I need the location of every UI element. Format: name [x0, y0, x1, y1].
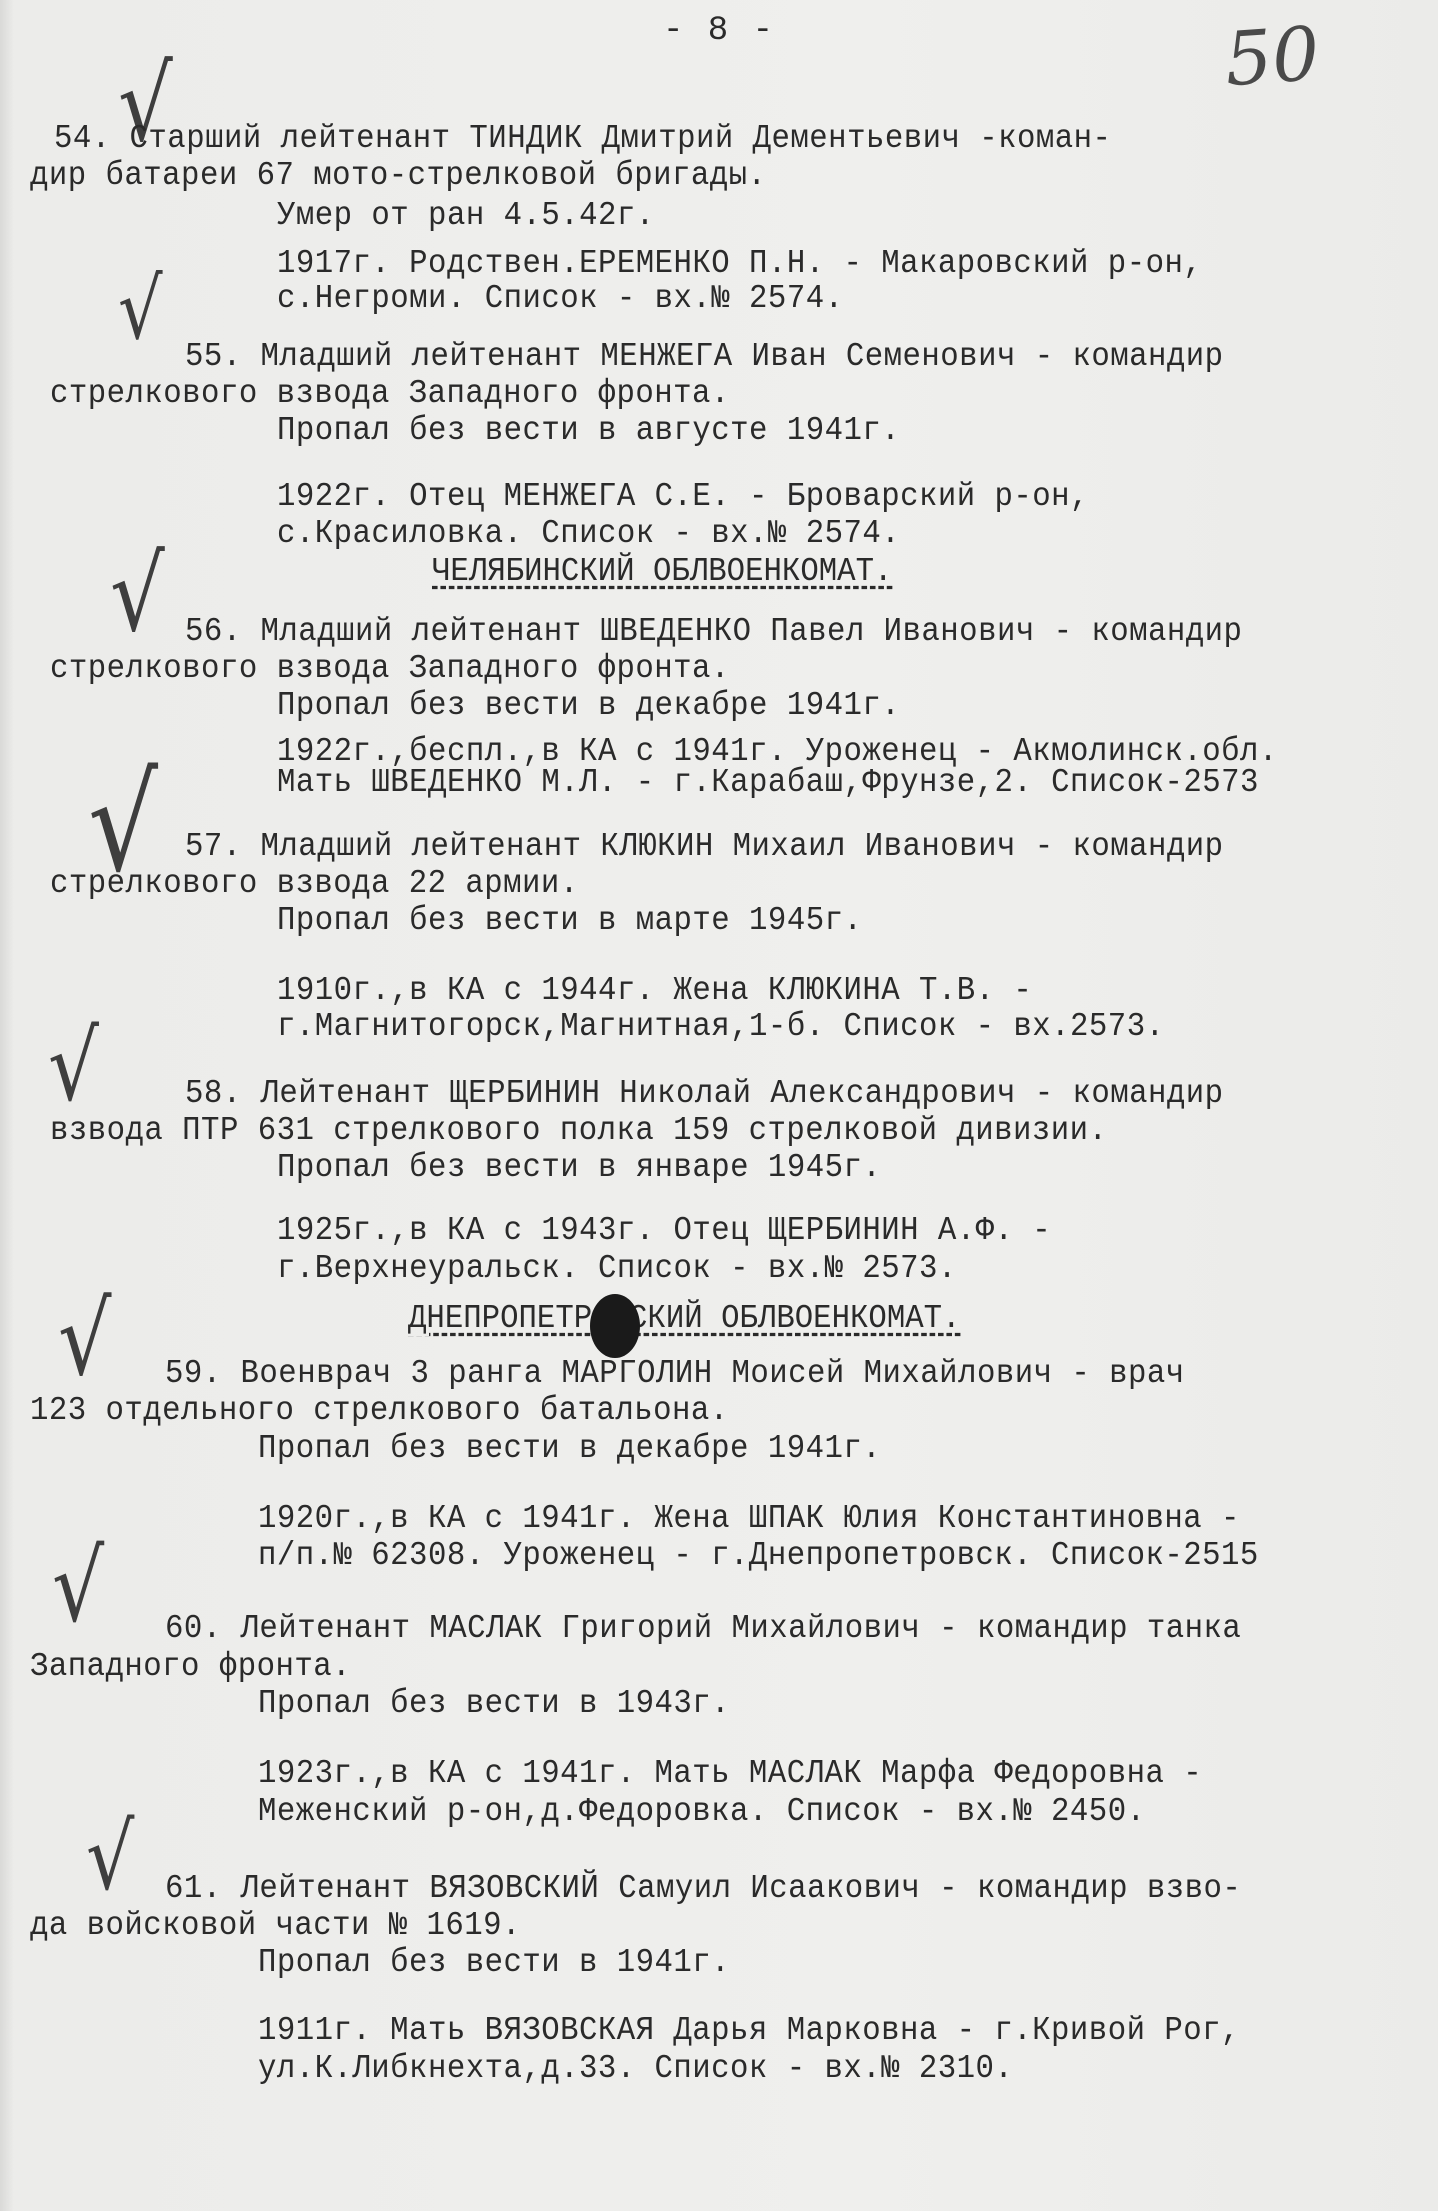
entry-54-line-1: 54. Старший лейтенант ТИНДИК Дмитрий Дем… [54, 120, 1111, 157]
entry-56-line-1: 56. Младший лейтенант ШВЕДЕНКО Павел Ива… [185, 613, 1242, 650]
entry-57-line-2: стрелкового взвода 22 армии. [50, 865, 579, 902]
entry-59-line-2: 123 отдельного стрелкового батальона. [30, 1392, 729, 1429]
check-mark-icon: √ [86, 1803, 134, 1910]
entry-58-line-4: 1925г.,в КА с 1943г. Отец ЩЕРБИНИН А.Ф. … [277, 1212, 1051, 1249]
entry-56-line-2: стрелкового взвода Западного фронта. [50, 650, 730, 687]
entry-58-line-1: 58. Лейтенант ЩЕРБИНИН Николай Александр… [185, 1075, 1224, 1112]
entry-55-line-1: 55. Младший лейтенант МЕНЖЕГА Иван Семен… [185, 338, 1224, 375]
entry-55-line-2: стрелкового взвода Западного фронта. [50, 375, 730, 412]
entry-55-line-4: 1922г. Отец МЕНЖЕГА С.Е. - Броварский р-… [277, 478, 1089, 515]
section-heading-dnepropetrovsk: ДНЕПРОПЕТРОВСКИЙ ОБЛВОЕНКОМАТ. [408, 1300, 961, 1337]
section-heading-chelyabinsk: ЧЕЛЯБИНСКИЙ ОБЛВОЕНКОМАТ. [432, 553, 892, 590]
entry-59-line-4: 1920г.,в КА с 1941г. Жена ШПАК Юлия Конс… [258, 1500, 1240, 1537]
entry-60-line-4: 1923г.,в КА с 1941г. Мать МАСЛАК Марфа Ф… [258, 1755, 1202, 1792]
entry-54-line-3: Умер от ран 4.5.42г. [277, 197, 655, 234]
entry-61-line-2: да войсковой части № 1619. [30, 1907, 521, 1944]
entry-57-line-1: 57. Младший лейтенант КЛЮКИН Михаил Иван… [185, 828, 1224, 865]
entry-54-line-2: дир батареи 67 мото-стрелковой бригады. [30, 157, 766, 194]
entry-59-line-5: п/п.№ 62308. Уроженец - г.Днепропетровск… [258, 1537, 1259, 1574]
check-mark-icon: √ [58, 1280, 112, 1398]
entry-59-line-1: 59. Военврач 3 ранга МАРГОЛИН Моисей Мих… [165, 1355, 1185, 1392]
entry-58-line-5: г.Верхнеуральск. Список - вх.№ 2573. [277, 1250, 957, 1287]
entry-59-line-3: Пропал без вести в декабре 1941г. [258, 1430, 881, 1467]
archive-sheet-number: 50 [1222, 11, 1322, 103]
entry-60-line-2: Западного фронта. [30, 1648, 351, 1685]
entry-60-line-1: 60. Лейтенант МАСЛАК Григорий Михайлович… [165, 1610, 1241, 1647]
entry-58-line-3: Пропал без вести в январе 1945г. [277, 1149, 881, 1186]
entry-56-line-3: Пропал без вести в декабре 1941г. [277, 687, 900, 724]
entry-57-line-4: 1910г.,в КА с 1944г. Жена КЛЮКИНА Т.В. - [277, 972, 1032, 1009]
entry-55-line-3: Пропал без вести в августе 1941г. [277, 412, 900, 449]
entry-56-line-5: Мать ШВЕДЕНКО М.Л. - г.Карабаш,Фрунзе,2.… [277, 764, 1259, 801]
entry-54-line-5: с.Негроми. Список - вх.№ 2574. [277, 280, 843, 317]
entry-54-line-4: 1917г. Родствен.ЕРЕМЕНКО П.Н. - Макаровс… [277, 245, 1202, 282]
entry-55-line-5: с.Красиловка. Список - вх.№ 2574. [277, 515, 900, 552]
entry-61-line-5: ул.К.Либкнехта,д.33. Список - вх.№ 2310. [258, 2050, 1013, 2087]
entry-61-line-1: 61. Лейтенант ВЯЗОВСКИЙ Самуил Исаакович… [165, 1870, 1241, 1907]
entry-58-line-2: взвода ПТР 631 стрелкового полка 159 стр… [50, 1112, 1107, 1149]
entry-61-line-3: Пропал без вести в 1941г. [258, 1944, 730, 1981]
ink-blot [590, 1294, 640, 1358]
check-mark-icon: √ [118, 260, 163, 358]
check-mark-icon: √ [52, 1531, 104, 1645]
entry-60-line-3: Пропал без вести в 1943г. [258, 1685, 730, 1722]
document-page: - 8 - 50 √ 54. Старший лейтенант ТИНДИК … [0, 0, 1438, 2211]
entry-57-line-5: г.Магнитогорск,Магнитная,1-б. Список - в… [277, 1008, 1164, 1045]
entry-61-line-4: 1911г. Мать ВЯЗОВСКАЯ Дарья Марковна - г… [258, 2012, 1240, 2049]
entry-60-line-5: Меженский р-он,д.Федоровка. Список - вх.… [258, 1793, 1145, 1830]
entry-57-line-3: Пропал без вести в марте 1945г. [277, 902, 862, 939]
check-mark-icon: √ [48, 1011, 99, 1123]
check-mark-icon: √ [110, 535, 165, 655]
